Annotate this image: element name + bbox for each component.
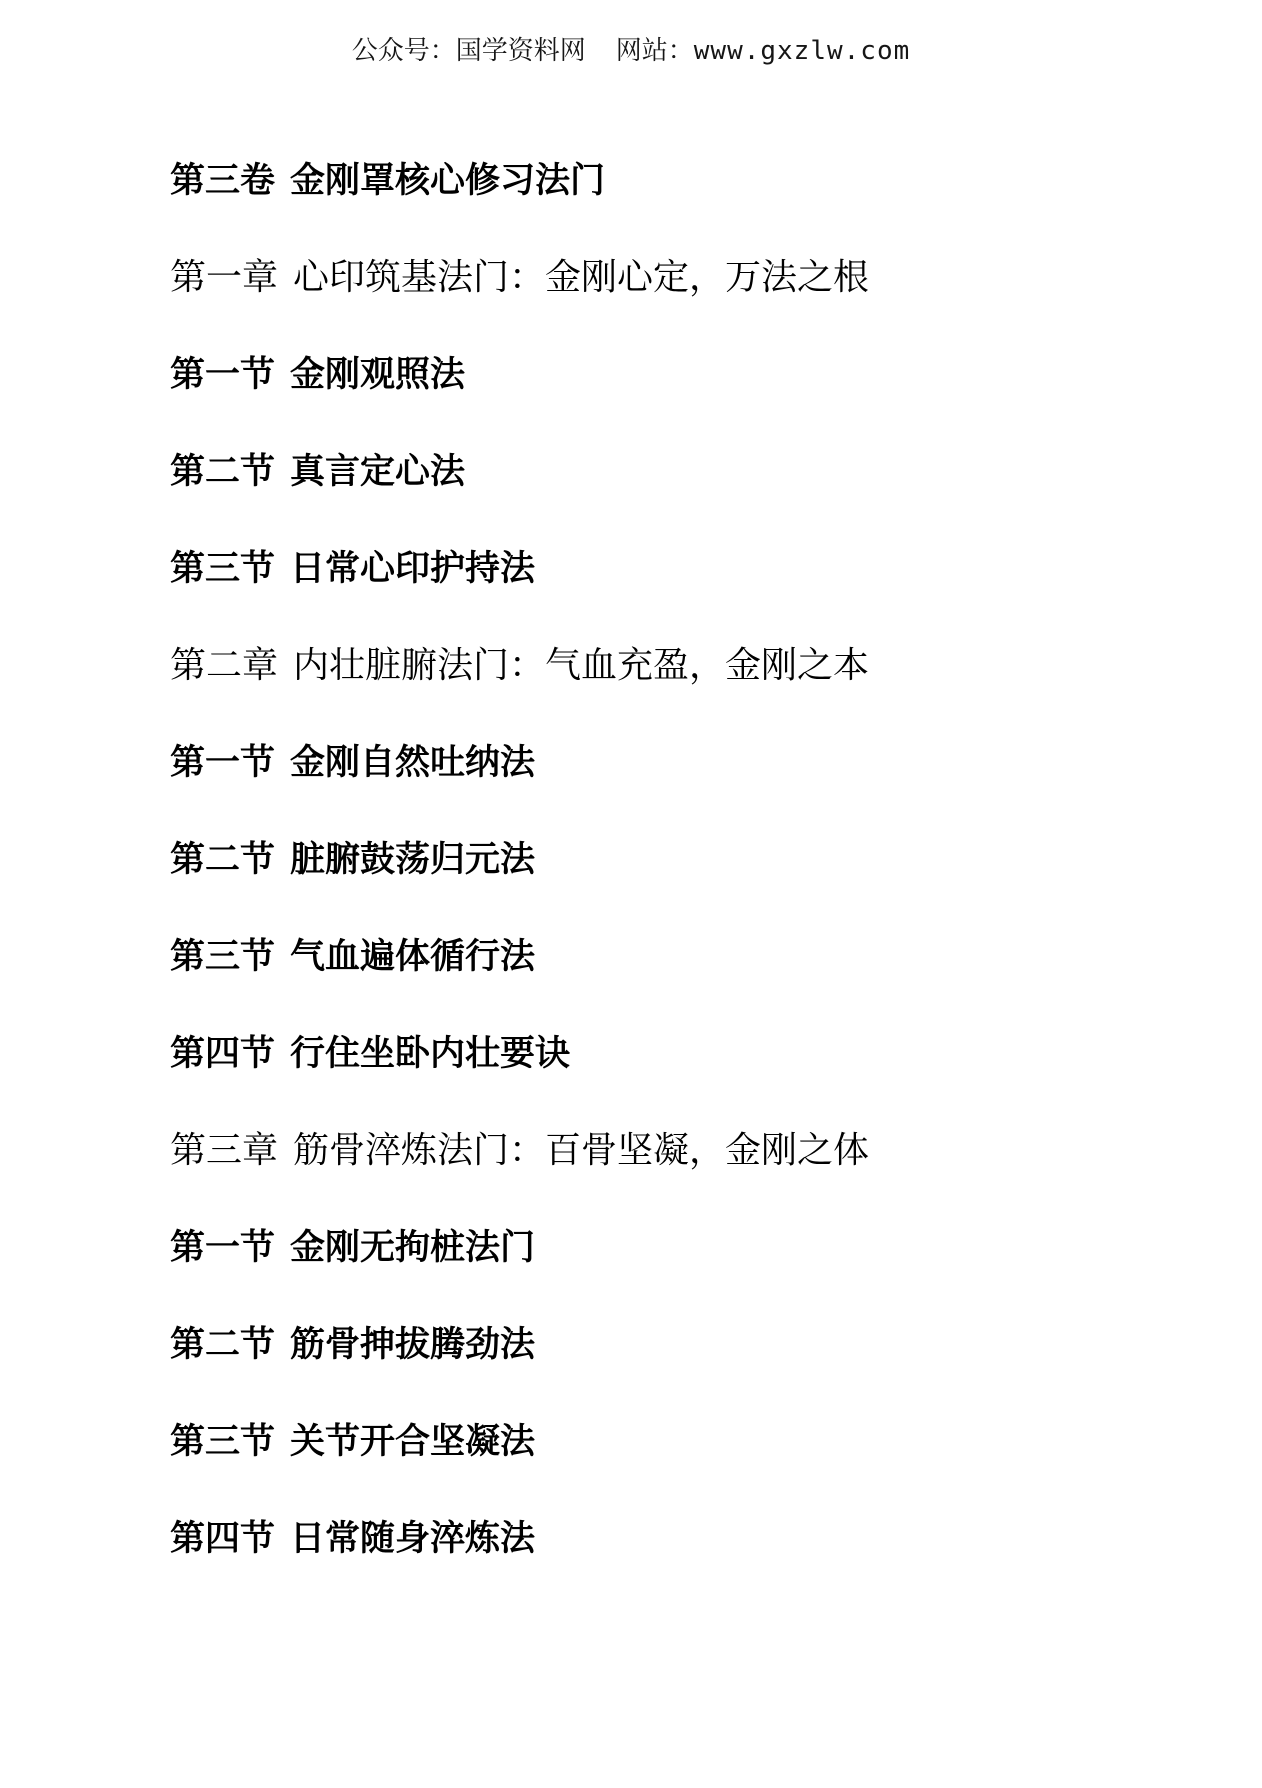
toc-entry-label: 第三节: [170, 549, 275, 588]
toc-entry-label: 第三节: [170, 1422, 275, 1461]
toc-entry-title: 日常随身淬炼法: [290, 1519, 535, 1558]
toc-entry-title: 日常心印护持法: [290, 549, 535, 588]
toc-entry-label: 第四节: [170, 1519, 275, 1558]
toc-entry-title: 真言定心法: [290, 452, 465, 491]
toc-entry-title: 金刚无拘桩法门: [290, 1228, 535, 1267]
toc-entry-title: 金刚自然吐纳法: [290, 743, 535, 782]
toc-entry-label: 第三章: [170, 1130, 278, 1170]
toc-entry-label: 第一章: [170, 257, 278, 297]
toc-entry-chapter-2: 第二章内壮脏腑法门：气血充盈，金刚之本: [170, 648, 1262, 683]
toc-entry-title: 筋骨淬炼法门：百骨坚凝，金刚之体: [293, 1130, 869, 1170]
toc-entry-label: 第二节: [170, 452, 275, 491]
toc-entry-label: 第三卷: [170, 161, 275, 200]
toc-entry-chapter-3-section-3: 第三节关节开合坚凝法: [170, 1424, 1262, 1459]
toc-entry-chapter-3-section-2: 第二节筋骨抻拔腾劲法: [170, 1327, 1262, 1362]
toc-entry-chapter-1-section-1: 第一节金刚观照法: [170, 357, 1262, 392]
toc-entry-label: 第一节: [170, 743, 275, 782]
toc-entry-title: 行住坐卧内壮要诀: [290, 1034, 570, 1073]
toc-entry-title: 筋骨抻拔腾劲法: [290, 1325, 535, 1364]
header-site-url: www.gxzlw.com: [694, 36, 911, 66]
toc-entry-label: 第二节: [170, 840, 275, 879]
toc-entry-chapter-1: 第一章心印筑基法门：金刚心定，万法之根: [170, 260, 1262, 295]
toc-entry-title: 内壮脏腑法门：气血充盈，金刚之本: [293, 645, 869, 685]
toc-entry-title: 脏腑鼓荡归元法: [290, 840, 535, 879]
toc-entry-title: 心印筑基法门：金刚心定，万法之根: [293, 257, 869, 297]
document-page: 公众号：国学资料网网站：www.gxzlw.com 第三卷金刚罩核心修习法门 第…: [0, 0, 1262, 1556]
toc-entry-label: 第二章: [170, 645, 278, 685]
toc-entry-volume-3: 第三卷金刚罩核心修习法门: [170, 163, 1262, 198]
header-site-label: 网站：: [616, 36, 694, 65]
toc-entry-title: 关节开合坚凝法: [290, 1422, 535, 1461]
toc-entry-label: 第一节: [170, 1228, 275, 1267]
header-wechat-label: 公众号：国学资料网: [352, 36, 586, 65]
toc-entry-chapter-1-section-2: 第二节真言定心法: [170, 454, 1262, 489]
toc-entry-chapter-2-section-4: 第四节行住坐卧内壮要诀: [170, 1036, 1262, 1071]
toc-entry-label: 第一节: [170, 355, 275, 394]
toc-entry-chapter-1-section-3: 第三节日常心印护持法: [170, 551, 1262, 586]
toc-entry-label: 第三节: [170, 937, 275, 976]
toc-entry-title: 金刚罩核心修习法门: [290, 161, 605, 200]
toc-entry-label: 第四节: [170, 1034, 275, 1073]
toc-entry-chapter-3-section-1: 第一节金刚无拘桩法门: [170, 1230, 1262, 1265]
toc-entry-label: 第二节: [170, 1325, 275, 1364]
toc-entry-title: 气血遍体循行法: [290, 937, 535, 976]
toc-entry-title: 金刚观照法: [290, 355, 465, 394]
toc-entry-chapter-3-section-4: 第四节日常随身淬炼法: [170, 1521, 1262, 1556]
toc-entry-chapter-2-section-2: 第二节脏腑鼓荡归元法: [170, 842, 1262, 877]
toc-entry-chapter-2-section-3: 第三节气血遍体循行法: [170, 939, 1262, 974]
toc-entry-chapter-2-section-1: 第一节金刚自然吐纳法: [170, 745, 1262, 780]
page-header: 公众号：国学资料网网站：www.gxzlw.com: [0, 0, 1262, 66]
table-of-contents: 第三卷金刚罩核心修习法门 第一章心印筑基法门：金刚心定，万法之根 第一节金刚观照…: [170, 163, 1262, 1556]
toc-entry-chapter-3: 第三章筋骨淬炼法门：百骨坚凝，金刚之体: [170, 1133, 1262, 1168]
